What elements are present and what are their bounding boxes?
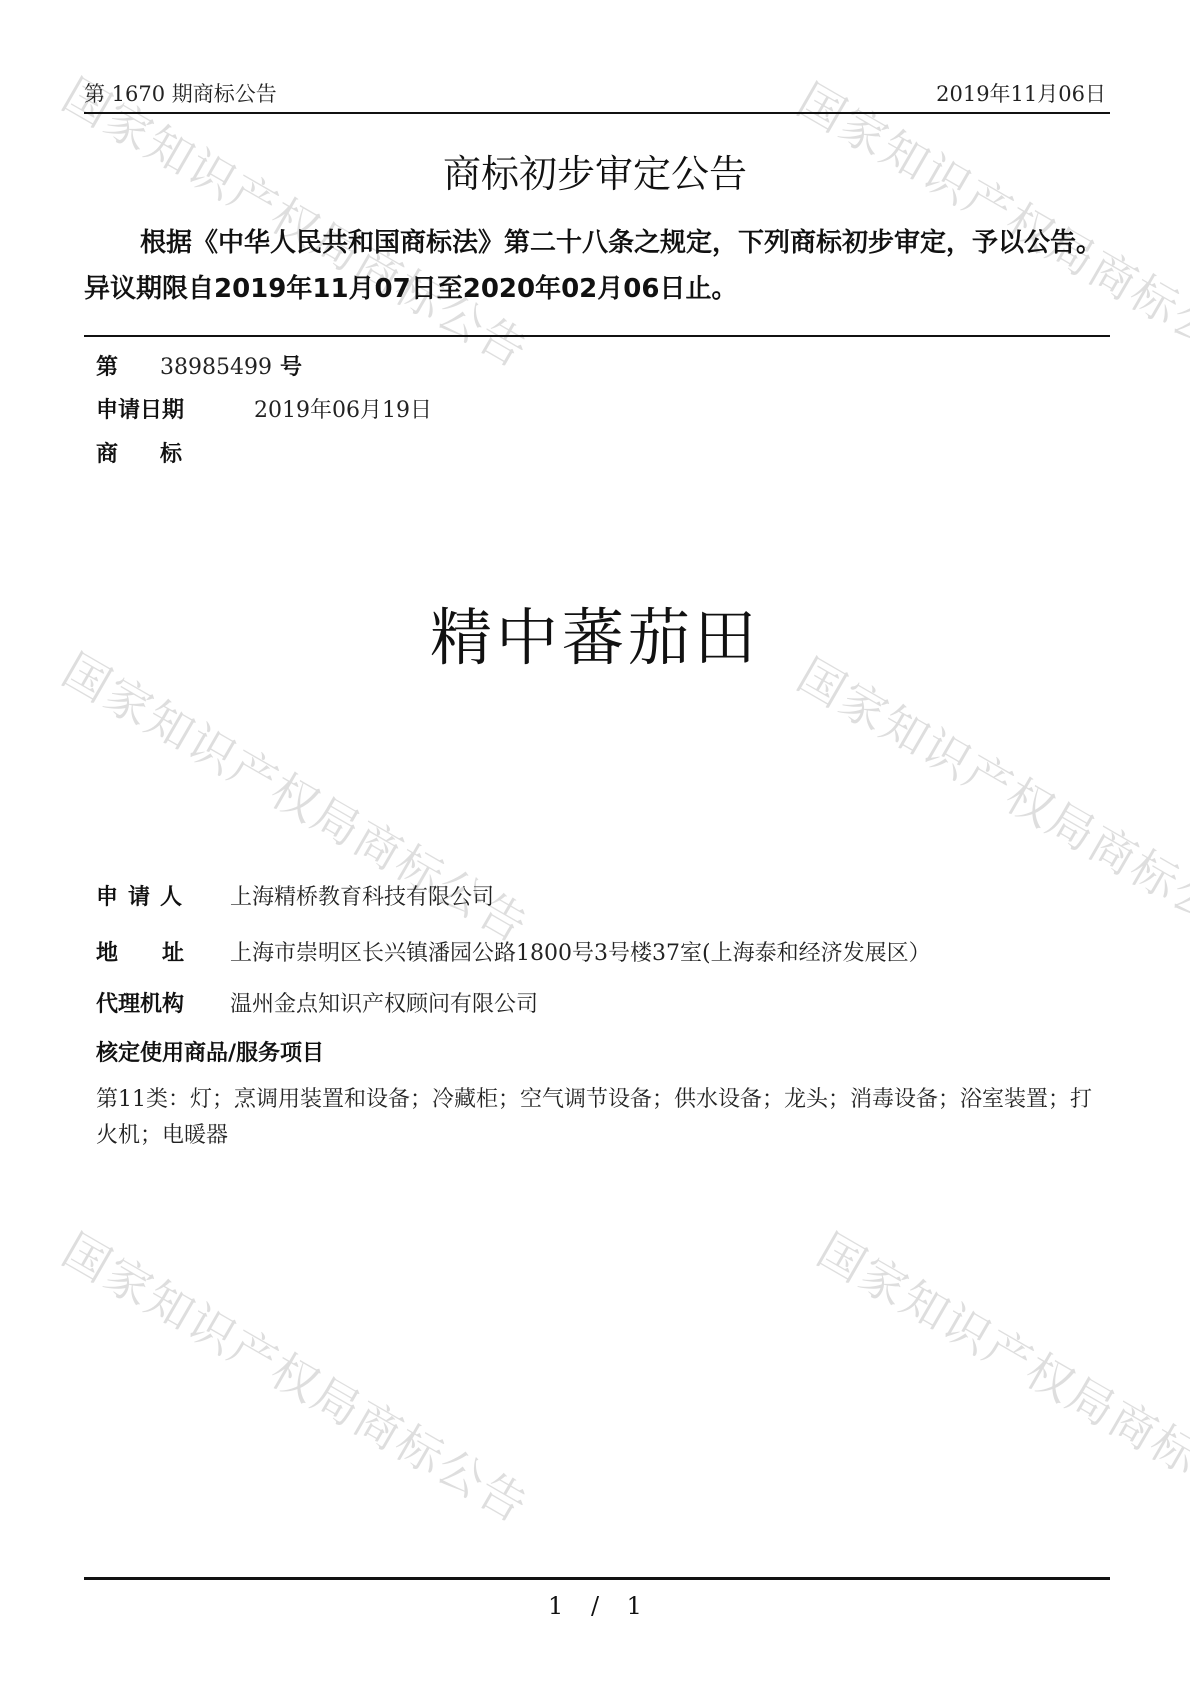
page-number: 1 / 1 [0, 1592, 1190, 1620]
document-page: 国家知识产权局商标公告 国家知识产权局商标公告 国家知识产权局商标公告 国家知识… [0, 0, 1190, 1684]
intro-paragraph: 根据《中华人民共和国商标法》第二十八条之规定，下列商标初步审定，予以公告。异议期… [84, 220, 1114, 312]
address-value: 上海市崇明区长兴镇潘园公路1800号3号楼37室(上海泰和经济发展区） [230, 936, 931, 967]
watermark: 国家知识产权局商标公告 [807, 1215, 1190, 1536]
address-label: 地 址 [96, 936, 230, 967]
application-date: 2019年06月19日 [254, 393, 432, 424]
trademark-label: 商标 [96, 437, 224, 468]
registration-number-suffix: 号 [280, 350, 302, 381]
registration-number-label: 第 [96, 350, 160, 381]
applicant-row: 申请人 上海精桥教育科技有限公司 [96, 880, 494, 911]
issue-number: 第 1670 期商标公告 [84, 78, 277, 108]
section-divider [84, 335, 1110, 337]
application-date-label: 申请日期 [96, 393, 254, 424]
goods-list: 第11类：灯；烹调用装置和设备；冷藏柜；空气调节设备；供水设备；龙头；消毒设备；… [96, 1082, 1096, 1154]
application-date-row: 申请日期 2019年06月19日 [96, 393, 432, 424]
agent-label: 代理机构 [96, 987, 230, 1018]
watermark: 国家知识产权局商标公告 [52, 1215, 542, 1536]
issue-date: 2019年11月06日 [936, 78, 1106, 108]
trademark-row: 商标 [96, 437, 224, 468]
registration-number-row: 第 38985499 号 [96, 350, 302, 381]
agent-name: 温州金点知识产权顾问有限公司 [230, 987, 538, 1018]
registration-number: 38985499 [160, 355, 280, 380]
agent-row: 代理机构 温州金点知识产权顾问有限公司 [96, 987, 538, 1018]
footer-divider [84, 1577, 1110, 1580]
address-row: 地 址 上海市崇明区长兴镇潘园公路1800号3号楼37室(上海泰和经济发展区） [96, 936, 931, 967]
page-title: 商标初步审定公告 [0, 143, 1190, 198]
goods-heading: 核定使用商品/服务项目 [96, 1036, 324, 1067]
applicant-name: 上海精桥教育科技有限公司 [230, 880, 494, 911]
watermark: 国家知识产权局商标公告 [787, 640, 1190, 961]
trademark-text: 精中蕃茄田 [0, 588, 1190, 677]
applicant-label: 申请人 [96, 880, 230, 911]
header-divider [84, 112, 1110, 114]
